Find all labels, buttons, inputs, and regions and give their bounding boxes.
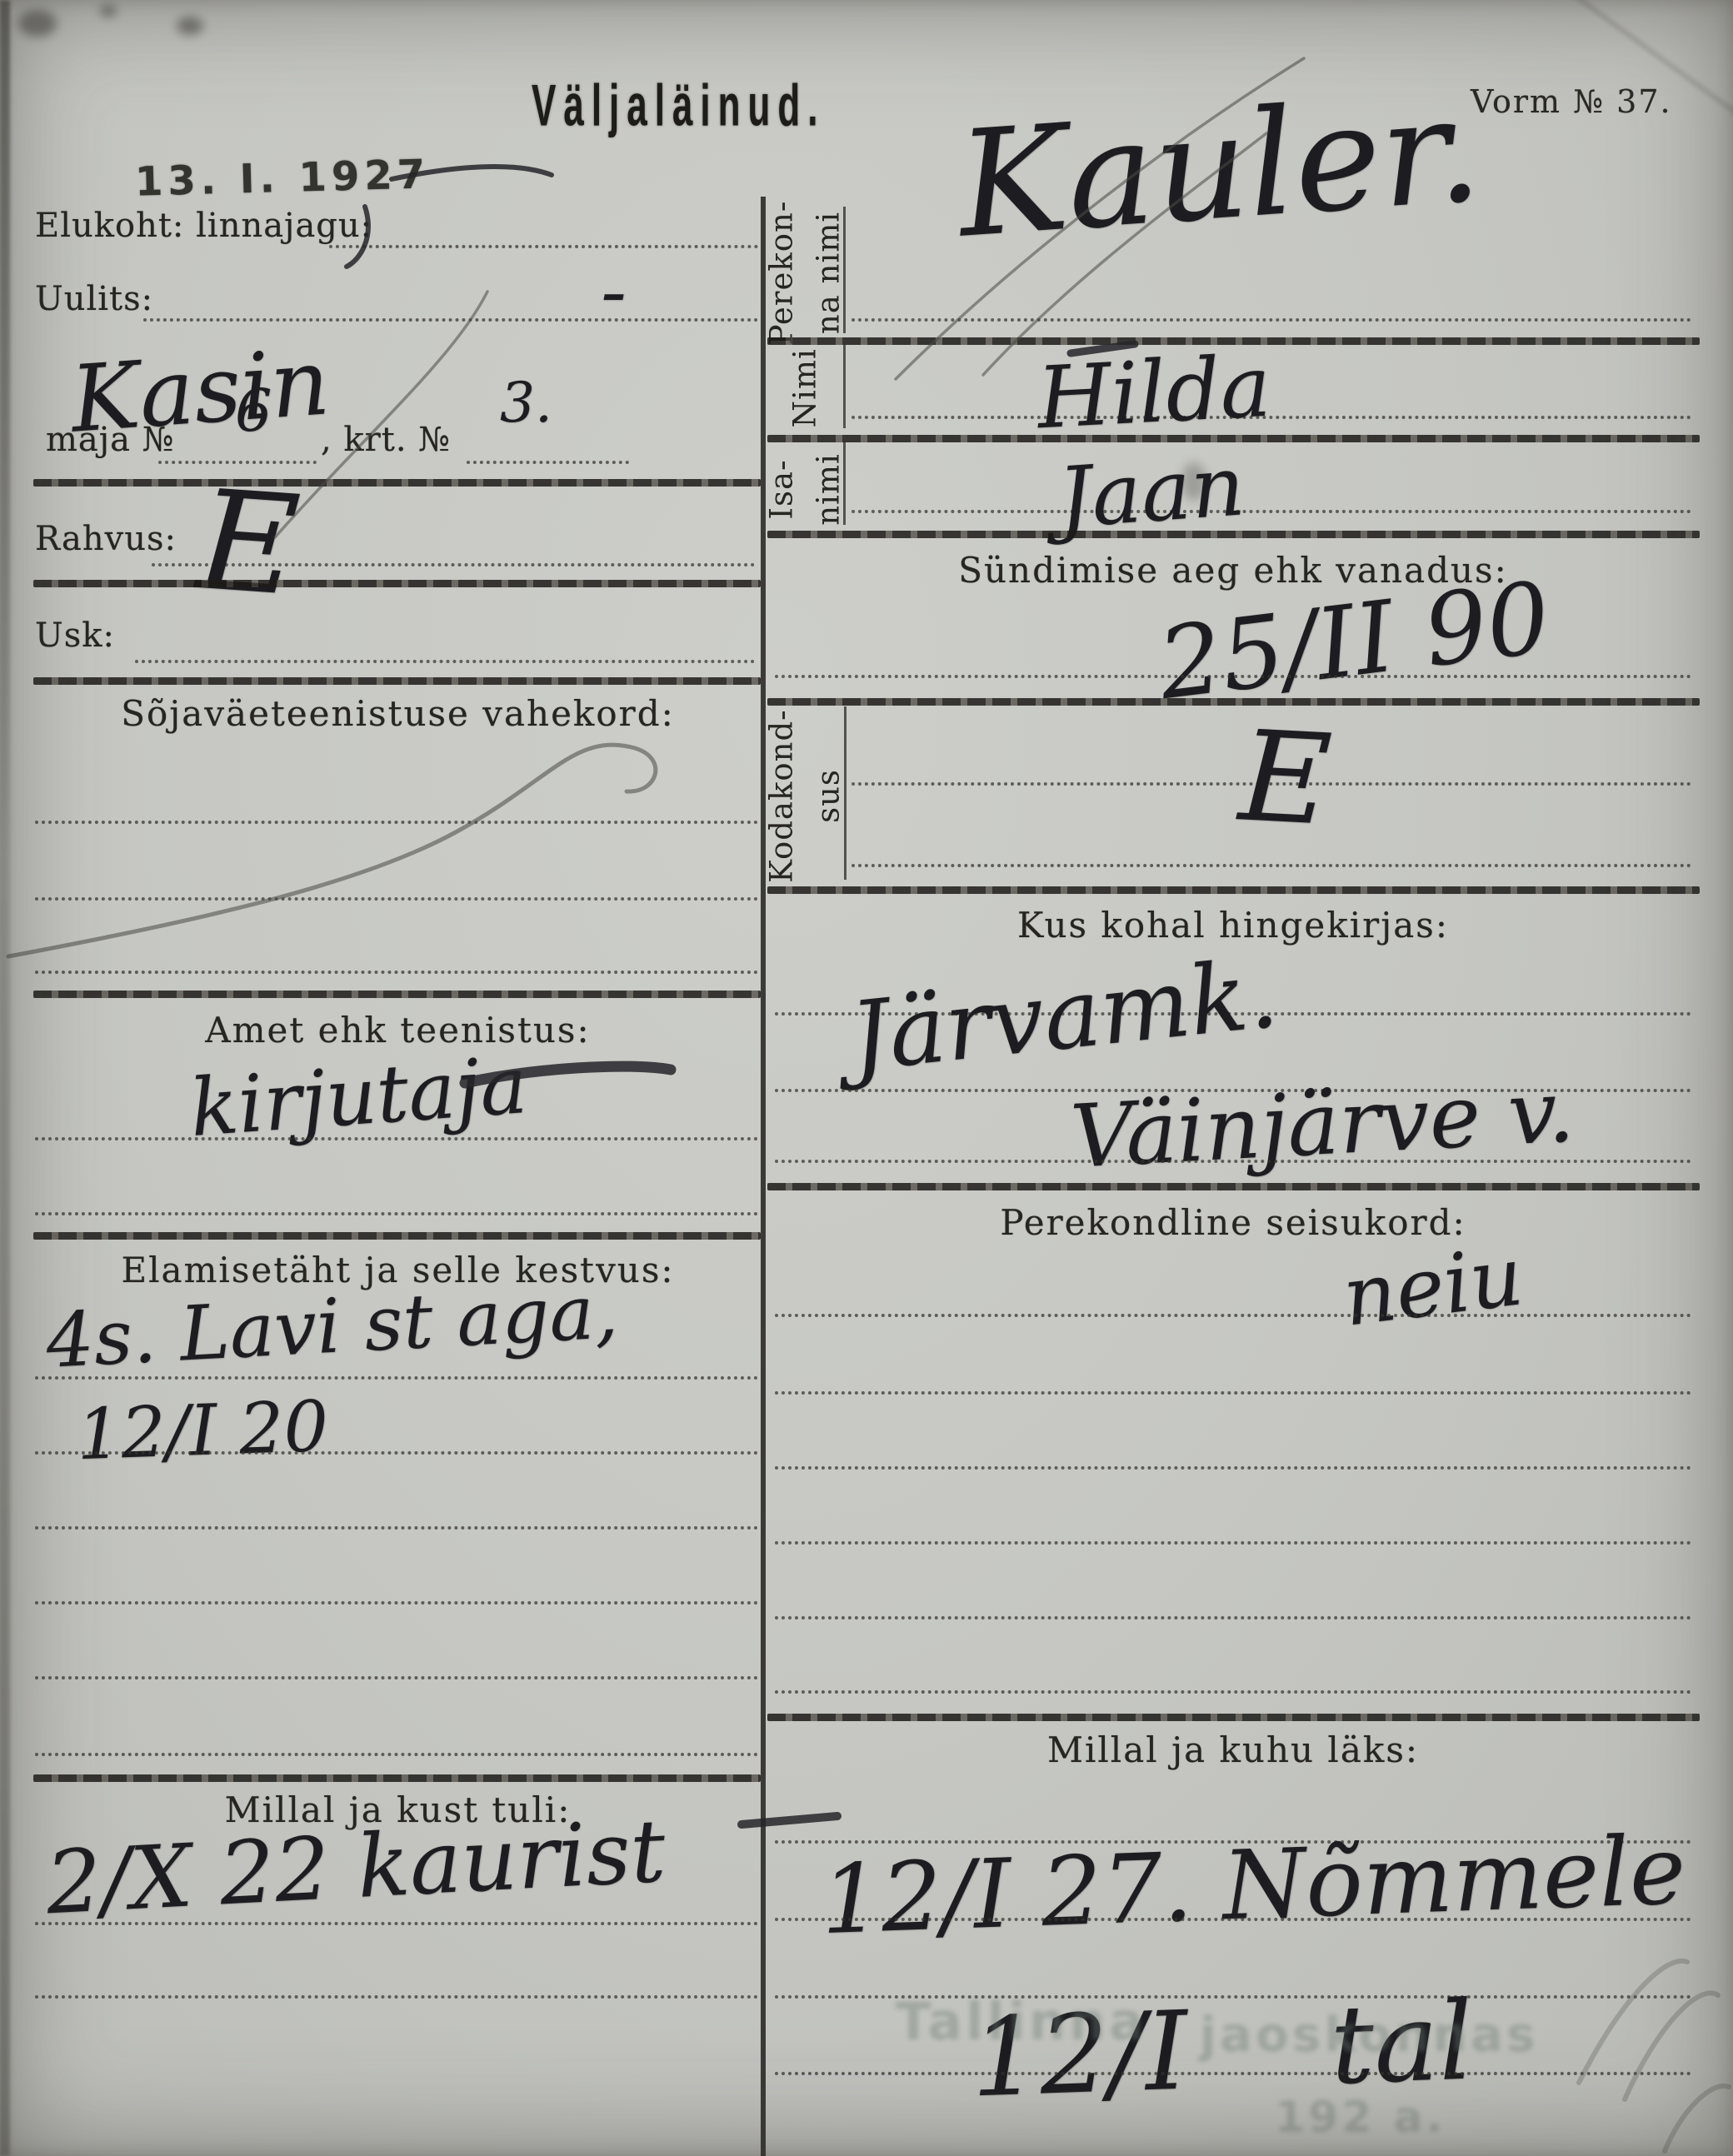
dotted-line [775,675,1691,678]
dotted-line [775,1616,1691,1619]
faint-stamp-word: 192 a. [1275,2093,1446,2143]
handwriting-first-name: Hilda [1035,337,1273,449]
faint-stamp-word: Tallinna [896,1991,1147,2052]
dotted-line [467,461,629,464]
label-maja-no: maja № [46,421,175,459]
pencil-flourish [8,745,656,956]
dotted-line [852,864,1691,867]
heading-amet-teenistus: Amet ehk teenistus: [33,1010,762,1051]
heading-millal-kuhu-laks: Millal ja kuhu läks: [771,1729,1696,1770]
ink-smudge [177,17,203,35]
label-uulits: Uulits: [35,280,153,318]
dotted-line [775,1160,1691,1163]
dotted-line [35,897,758,901]
pencil-initials [1625,1993,1718,2099]
dotted-line [35,1601,758,1605]
faint-stamp-word: jaoskonnas [1200,2006,1539,2063]
dotted-line [35,1676,758,1679]
dotted-line [852,318,1691,322]
dotted-line [329,245,758,248]
dotted-line [135,660,755,663]
dotted-line [35,1212,758,1215]
handwriting-linnajagu-value: – [602,265,626,322]
dotted-line [775,2072,1691,2075]
dotted-line [35,971,758,974]
label-rahvus: Rahvus: [35,520,177,558]
section-rule [33,479,761,487]
dotted-line [775,1466,1691,1470]
form-title: Väljaläinud. [532,73,826,140]
handwriting-apartment-number: 3. [500,371,552,435]
dotted-line [143,318,758,322]
section-rule [767,531,1700,538]
ink-smudge [100,5,117,17]
form-number: Vorm № 37. [1471,83,1672,120]
ink-smudge [18,10,57,37]
dotted-line [35,1451,758,1455]
handwriting-parish: Väinjärve v. [1068,1060,1576,1187]
section-rule [33,991,761,998]
handwriting-surname: Kauler. [953,65,1486,270]
date-stamp: 13. I. 1927 [134,151,430,205]
handwriting-nationality: E [192,460,304,626]
section-rule [767,1714,1700,1721]
label-krt-no: , krt. № [321,421,451,459]
heading-hingekirjas: Kus kohal hingekirjas: [771,905,1696,946]
dotted-line [35,1922,758,1925]
section-rule [767,698,1700,706]
label-kodakondsus-line1: Kodakond- [759,688,806,905]
cell-inner-line [843,207,846,333]
handwriting-departure: 12/I 27. Nõmmele [819,1814,1687,1955]
dotted-line [35,1137,758,1140]
dotted-line [775,1918,1691,1921]
section-rule [767,886,1700,894]
dotted-line [35,1995,758,1999]
dotted-line [775,1541,1691,1545]
heading-perekondline-seisukord: Perekondline seisukord: [771,1202,1696,1243]
cell-inner-line [844,706,847,880]
handwriting-family-status: neiu [1338,1229,1528,1345]
handwriting-residence-permit-date: 12/I 20 [75,1385,329,1475]
dotted-line [35,1526,758,1530]
handwriting-citizenship: E [1236,704,1335,853]
label-elukoht-linnajagu: Elukoht: linnajagu: [35,207,372,245]
handwriting-county: Järvamk. [845,938,1282,1093]
section-rule [33,677,761,685]
cell-inner-line [843,442,846,525]
handwriting-house-number: 6 [235,377,272,445]
section-rule [33,580,761,587]
heading-sundimise-aeg: Sündimise aeg ehk vanadus: [771,550,1696,591]
dotted-line [775,1690,1691,1694]
label-kodakondsus: Kodakond- sus [759,688,852,905]
section-rule [33,1232,761,1240]
dotted-line [35,1753,758,1756]
section-rule [33,1774,761,1782]
section-rule [767,1183,1700,1190]
label-usk: Usk: [35,616,115,655]
scanned-form-page: Väljaläinud. Vorm № 37. 13. I. 1927 Eluk… [0,0,1733,2156]
pencil-initials [1665,2086,1729,2151]
dotted-line [35,821,758,824]
dotted-line [852,510,1691,513]
heading-sojavaeteenistus: Sõjaväeteenistuse vahekord: [33,693,762,734]
dotted-line [775,1391,1691,1395]
pencil-initials [1579,1961,1687,2083]
dotted-line [775,1314,1691,1317]
dotted-line [35,1376,758,1380]
scan-edge-shadow [0,0,10,2156]
